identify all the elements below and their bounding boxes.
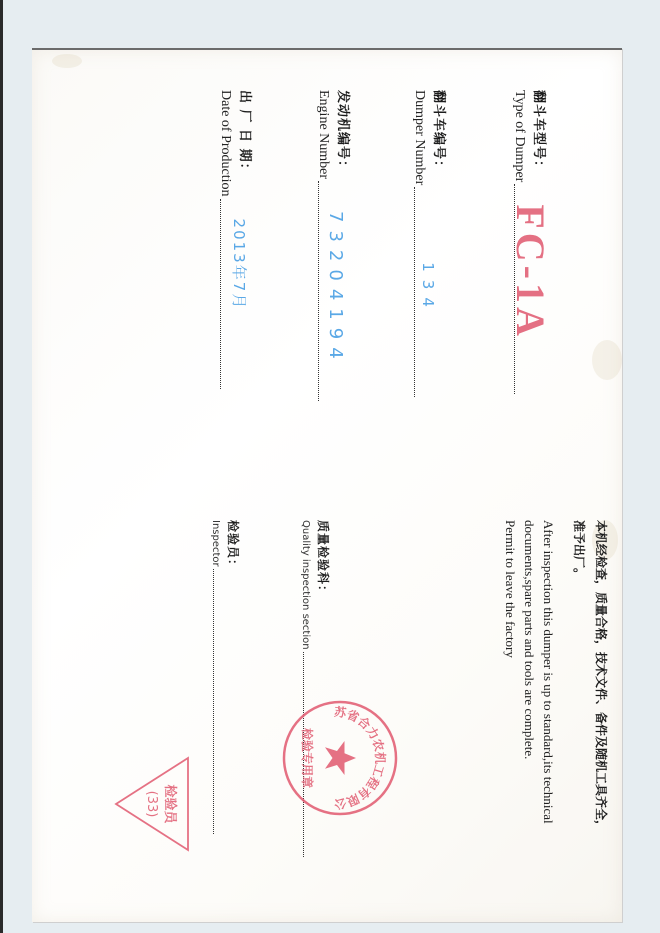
statement-cn-line-1: 本机经检查，质量合格，技术文件、备件及随机工具齐全， [590,520,612,900]
dumper-number-label-en: Dumper Number [411,90,427,185]
company-seal-stamp: 江苏省合力农机工程有限公司 检验专用章 [280,698,400,818]
type-value: FC-1A [507,204,554,340]
field-dumper-number: 翻斗车编号： Dumper Number 134 [411,90,450,397]
dumper-number-value: 134 [419,262,437,315]
star-icon [325,741,356,775]
statement-en-line-3: Permit to leave the factory [501,520,520,900]
production-date-underline: 2013年7月 [220,199,221,389]
inspector-stamp-title: 检验员 [162,784,178,824]
statement-en-line-1: After inspection this dumper is up to st… [539,520,558,900]
inspector-label-cn: 检验员： [225,520,242,834]
dumper-number-label-cn: 翻斗车编号： [431,90,450,397]
engine-number-value: 73204194 [325,211,346,367]
field-date-of-production: 出 厂 日 期： Date of Production 2013年7月 [217,90,256,389]
inspection-statement: 本机经检查，质量合格，技术文件、备件及随机工具齐全， 准予出厂。 After i… [501,520,612,900]
inspector-stamp: 检验员 (33) [112,754,192,854]
engine-number-underline: 73204194 [318,181,319,401]
field-engine-number: 发动机编号： Engine Number 73204194 [315,90,354,401]
field-type-of-dumper: 翻斗车型号： Type of Dumper FC-1A [511,90,550,394]
type-label-en: Type of Dumper [511,90,527,182]
certificate-paper: 翻斗车型号： Type of Dumper FC-1A 翻斗车编号： Dumpe… [32,48,622,922]
production-date-label-en: Date of Production [217,90,233,197]
statement-cn-line-2: 准予出厂。 [568,520,590,900]
scanner-edge [0,0,3,933]
seal-purpose-text: 检验专用章 [300,728,315,788]
type-underline: FC-1A [514,184,515,394]
inspector-signature: 检验员： Inspector [210,520,242,834]
statement-en-line-2: documents,spare parts and tools are comp… [520,520,539,900]
inspector-underline [213,569,214,834]
inspector-stamp-number: (33) [144,791,159,818]
quality-section-label-en: Quality inspection section [300,520,311,650]
rotated-content: 翻斗车型号： Type of Dumper FC-1A 翻斗车编号： Dumpe… [32,50,622,922]
engine-number-label-en: Engine Number [315,90,331,179]
dumper-number-underline: 134 [414,187,415,397]
inspector-label-en: Inspector [210,520,221,567]
production-date-value: 2013年7月 [229,219,250,311]
